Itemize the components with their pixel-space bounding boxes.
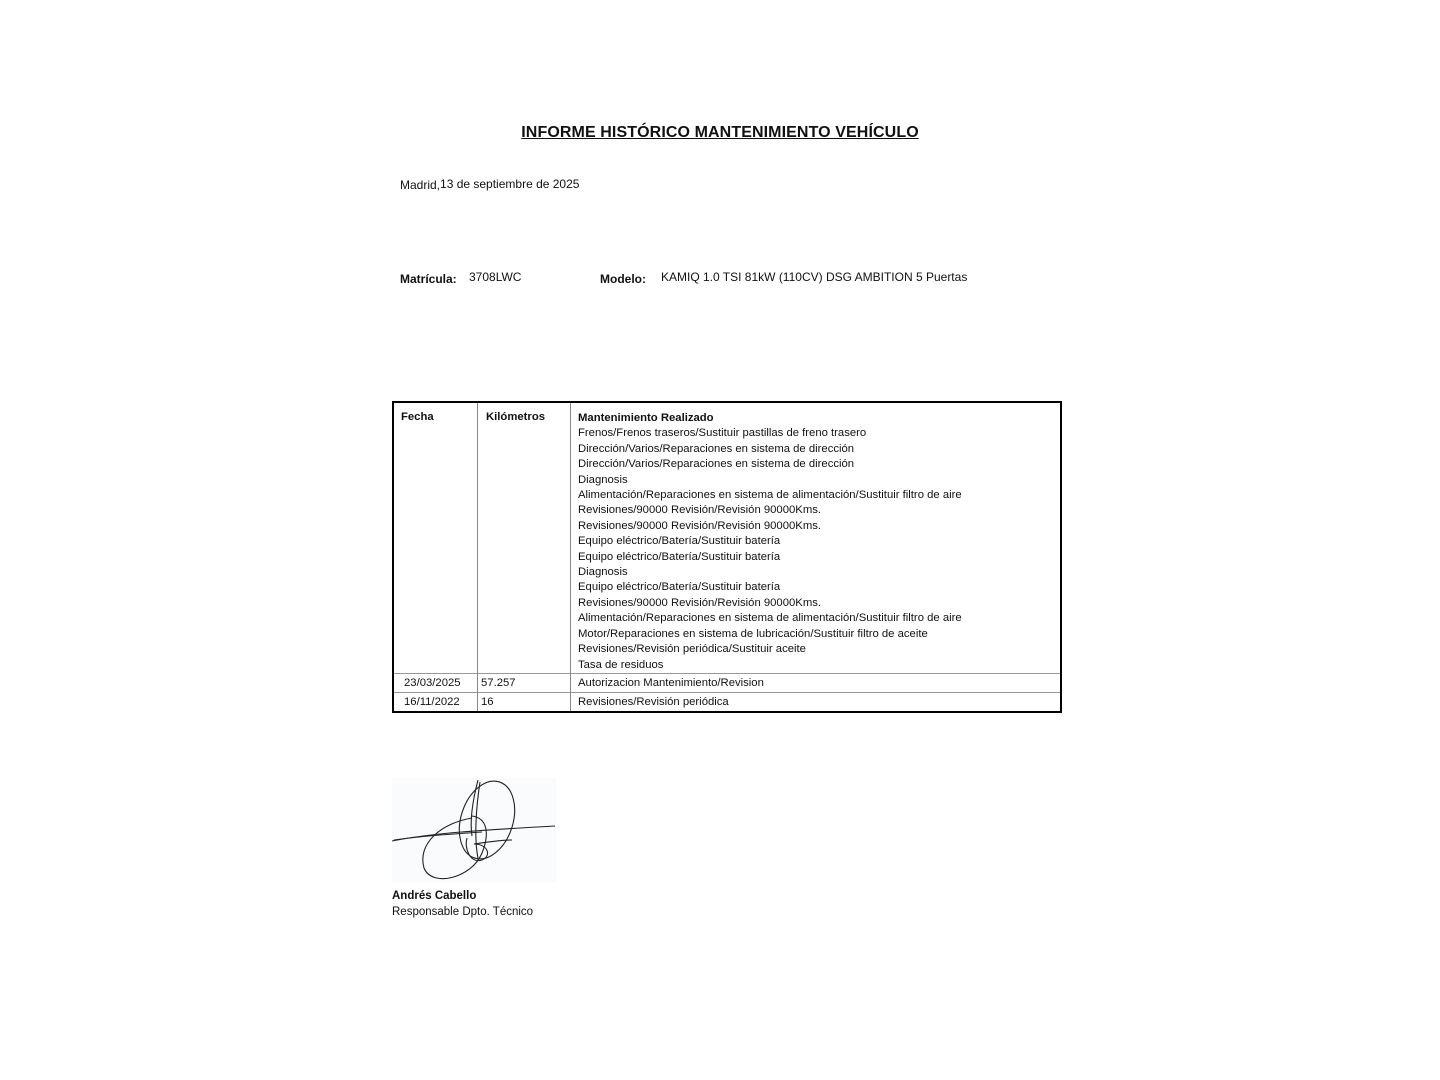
plate-value: 3708LWC bbox=[469, 270, 521, 284]
table-header-row: Fecha Kilómetros Mantenimiento Realizado… bbox=[393, 402, 1061, 673]
model-label: Modelo: bbox=[600, 272, 646, 286]
maintenance-item: Equipo eléctrico/Batería/Sustituir bater… bbox=[578, 550, 1060, 565]
maintenance-item: Revisiones/90000 Revisión/Revisión 90000… bbox=[578, 503, 1060, 518]
maintenance-history-table: Fecha Kilómetros Mantenimiento Realizado… bbox=[392, 401, 1062, 713]
row-maintenance: Autorizacion Mantenimiento/Revision bbox=[571, 673, 1062, 692]
vehicle-info: Matrícula: 3708LWC Modelo: KAMIQ 1.0 TSI… bbox=[400, 270, 1100, 290]
table-row: 23/03/2025 57.257 Autorizacion Mantenimi… bbox=[393, 673, 1061, 692]
maintenance-item: Equipo eléctrico/Batería/Sustituir bater… bbox=[578, 580, 1060, 595]
maintenance-items-list: Frenos/Frenos traseros/Sustituir pastill… bbox=[578, 426, 1060, 673]
row-km: 16 bbox=[478, 692, 571, 712]
signer-name: Andrés Cabello bbox=[392, 889, 533, 905]
row-km: 57.257 bbox=[478, 673, 571, 692]
place: Madrid, bbox=[400, 178, 440, 192]
maintenance-item: Revisiones/90000 Revisión/Revisión 90000… bbox=[578, 519, 1060, 534]
maintenance-item: Revisiones/90000 Revisión/Revisión 90000… bbox=[578, 596, 1060, 611]
maintenance-item: Tasa de residuos bbox=[578, 658, 1060, 673]
plate-label: Matrícula: bbox=[400, 272, 457, 286]
header-mantenimiento: Mantenimiento Realizado bbox=[578, 411, 1060, 426]
row-date: 23/03/2025 bbox=[393, 673, 478, 692]
model-value: KAMIQ 1.0 TSI 81kW (110CV) DSG AMBITION … bbox=[661, 270, 967, 284]
document-title: INFORME HISTÓRICO MANTENIMIENTO VEHÍCULO bbox=[0, 124, 1440, 142]
signer-block: Andrés Cabello Responsable Dpto. Técnico bbox=[392, 889, 533, 920]
header-kilometros: Kilómetros bbox=[478, 402, 571, 673]
header-maintenance-cell: Mantenimiento Realizado Frenos/Frenos tr… bbox=[571, 402, 1062, 673]
maintenance-item: Motor/Reparaciones en sistema de lubrica… bbox=[578, 627, 1060, 642]
row-date: 16/11/2022 bbox=[393, 692, 478, 712]
table-row: 16/11/2022 16 Revisiones/Revisión periód… bbox=[393, 692, 1061, 712]
maintenance-item: Diagnosis bbox=[578, 565, 1060, 580]
header-fecha: Fecha bbox=[393, 402, 478, 673]
maintenance-item: Dirección/Varios/Reparaciones en sistema… bbox=[578, 457, 1060, 472]
maintenance-item: Dirección/Varios/Reparaciones en sistema… bbox=[578, 442, 1060, 457]
maintenance-item: Diagnosis bbox=[578, 473, 1060, 488]
report-date: 13 de septiembre de 2025 bbox=[440, 177, 579, 191]
maintenance-item: Equipo eléctrico/Batería/Sustituir bater… bbox=[578, 534, 1060, 549]
maintenance-item: Alimentación/Reparaciones en sistema de … bbox=[578, 611, 1060, 626]
signature-icon bbox=[392, 778, 556, 882]
maintenance-item: Revisiones/Revisión periódica/Sustituir … bbox=[578, 642, 1060, 657]
maintenance-item: Alimentación/Reparaciones en sistema de … bbox=[578, 488, 1060, 503]
maintenance-item: Frenos/Frenos traseros/Sustituir pastill… bbox=[578, 426, 1060, 441]
place-date: Madrid,13 de septiembre de 2025 bbox=[400, 178, 579, 192]
signer-role: Responsable Dpto. Técnico bbox=[392, 905, 533, 921]
row-maintenance: Revisiones/Revisión periódica bbox=[571, 692, 1062, 712]
